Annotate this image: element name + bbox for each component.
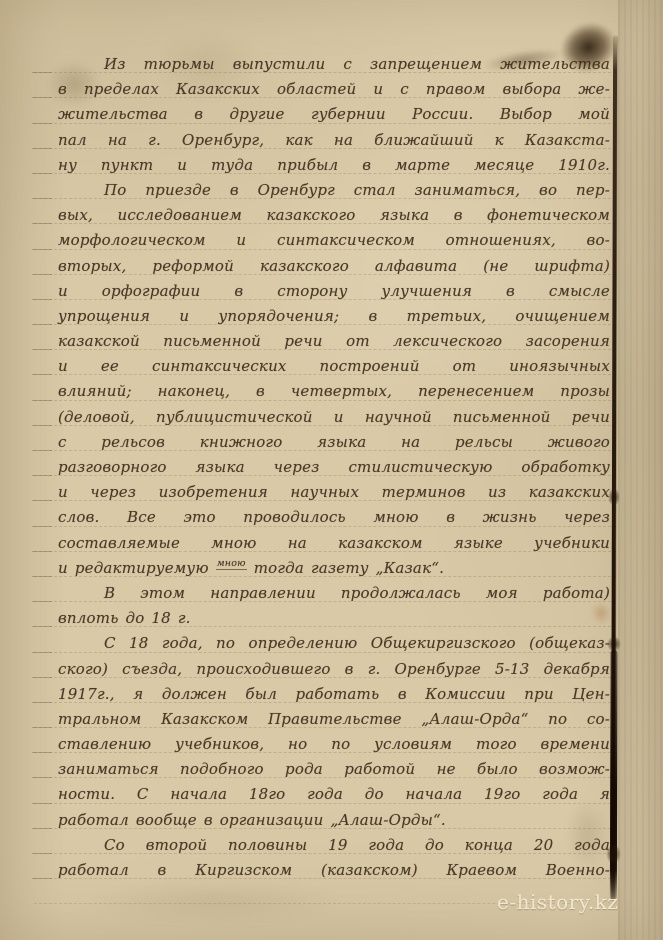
- handwritten-line: ности. С начала 18го года до начала 19го…: [58, 782, 610, 807]
- handwritten-line: слов. Все это проводилось мною в жизнь ч…: [58, 505, 610, 530]
- handwritten-line: и редактируемую мною тогда газету „Казак…: [58, 556, 610, 581]
- handwritten-line: разговорного языка через стилистическую …: [58, 455, 610, 480]
- handwritten-line: казакской письменной речи от лексическог…: [58, 329, 610, 354]
- handwritten-line: Из тюрьмы выпустили с запрещением житель…: [58, 52, 610, 77]
- handwritten-line: ского) съезда, происходившего в г. Оренб…: [58, 657, 610, 682]
- binding-knot: [607, 636, 621, 652]
- handwritten-line: работал вообще в организации „Алаш-Орды“…: [58, 808, 610, 833]
- handwritten-line: ставлению учебников, но по условиям того…: [58, 732, 610, 757]
- handwritten-line: Со второй половины 19 года до конца 20 г…: [58, 833, 610, 858]
- handwritten-line: тральном Казакском Правительстве „Алаш-О…: [58, 707, 610, 732]
- watermark: e-history.kz: [497, 890, 618, 914]
- handwritten-line: вплоть до 18 г.: [58, 606, 610, 631]
- handwritten-line: составляемые мною на казакском языке уче…: [58, 531, 610, 556]
- manuscript-page: Из тюрьмы выпустили с запрещением житель…: [0, 0, 663, 940]
- handwritten-line: В этом направлении продолжалась моя рабо…: [58, 581, 610, 606]
- handwritten-line: С 18 года, по определению Общекиргизског…: [58, 631, 610, 656]
- page-edge-strip: [618, 0, 663, 940]
- handwritten-line: и через изобретения научных терминов из …: [58, 480, 610, 505]
- handwritten-line: с рельсов книжного языка на рельсы живог…: [58, 430, 610, 455]
- handwritten-line: (деловой, публицистической и научной пис…: [58, 405, 610, 430]
- handwritten-line: вторых, реформой казакского алфавита (не…: [58, 254, 610, 279]
- handwritten-line: работал в Киргизском (казакском) Краевом…: [58, 858, 610, 883]
- handwritten-line: жительства в другие губернии России. Выб…: [58, 102, 610, 127]
- handwritten-line: пал на г. Оренбург, как на ближайший к К…: [58, 128, 610, 153]
- handwritten-line: вых, исследованием казакского языка в фо…: [58, 203, 610, 228]
- binding-thread-line: [611, 36, 617, 900]
- handwritten-line: 1917г., я должен был работать в Комиссии…: [58, 682, 610, 707]
- handwritten-text: Из тюрьмы выпустили с запрещением житель…: [58, 52, 610, 908]
- binding-knot: [606, 844, 621, 864]
- handwritten-line: заниматься подобного рода работой не был…: [58, 757, 610, 782]
- handwritten-line: влияний; наконец, в четвертых, перенесен…: [58, 379, 610, 404]
- handwritten-line: и орфографии в сторону улучшения в смысл…: [58, 279, 610, 304]
- handwritten-line: в пределах Казакских областей и с правом…: [58, 77, 610, 102]
- binding-knot: [608, 488, 620, 506]
- handwritten-line: По приезде в Оренбург стал заниматься, в…: [58, 178, 610, 203]
- handwritten-line: ну пункт и туда прибыл в марте месяце 19…: [58, 153, 610, 178]
- superscript-insertion: мною: [216, 558, 247, 570]
- handwritten-line: и ее синтаксических построений от иноязы…: [58, 354, 610, 379]
- handwritten-line: морфологическом и синтаксическом отношен…: [58, 228, 610, 253]
- handwritten-line: упрощения и упорядочения; в третьих, очи…: [58, 304, 610, 329]
